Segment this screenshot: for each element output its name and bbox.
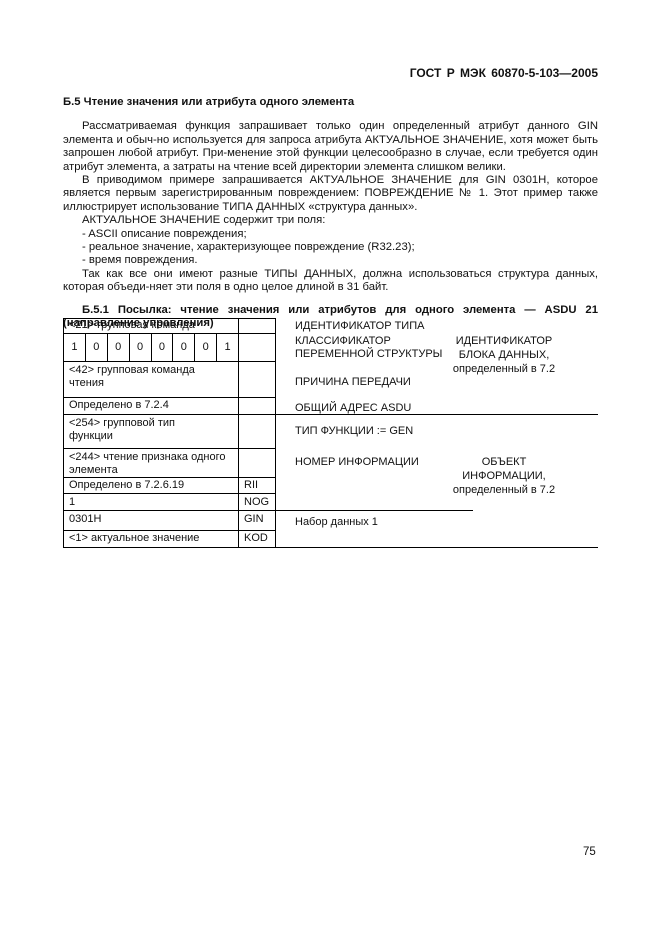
cell-kod-code: KOD [244, 532, 278, 545]
cell-type-identification: <21> групповая команда [69, 319, 235, 332]
cell-cause-of-transmission: Определено в 7.2.4 [69, 399, 235, 412]
cell-nog-code: NOG [244, 496, 278, 509]
table-row-separator [63, 493, 276, 494]
cell-function-type: <254> групповой тип функции [69, 417, 235, 443]
cell-rii-code: RII [244, 479, 278, 492]
bit-cell: 0 [86, 334, 108, 361]
running-header-doc-code: ГОСТ Р МЭК 60870-5-103—2005 [410, 66, 598, 80]
table-row-separator [63, 361, 276, 362]
annotation-function-type: ТИП ФУНКЦИИ := GEN [295, 425, 413, 438]
label-information-object: ОБЪЕКТ ИНФОРМАЦИИ, определенный в 7.2 [418, 456, 590, 498]
annotation-common-address: ОБЩИЙ АДРЕС ASDU [295, 402, 411, 415]
label-data-unit-identifier: ИДЕНТИФИКАТОР БЛОКА ДАННЫХ, определенный… [418, 335, 590, 377]
cell-gin-value: 0301H [69, 513, 235, 526]
table-row-separator [63, 530, 276, 531]
bit-cell: 0 [173, 334, 195, 361]
table-border-bottom-full-width [63, 547, 598, 548]
document-page: ГОСТ Р МЭК 60870-5-103—2005 Б.5 Чтение з… [0, 0, 661, 936]
table-row-separator [63, 397, 276, 398]
section-heading-b5: Б.5 Чтение значения или атрибута одного … [63, 96, 598, 109]
list-item: - ASCII описание повреждения; [63, 228, 598, 241]
cell-information-number: <244> чтение признака одного элемента [69, 451, 235, 477]
bit-cell: 0 [152, 334, 174, 361]
bit-cell: 1 [217, 334, 238, 361]
table-border-column-divider [238, 318, 239, 548]
cell-vsq: <42> групповая команда чтения [69, 364, 235, 390]
cell-rii-value: Определено в 7.2.6.19 [69, 479, 235, 492]
asdu-21-message-diagram: <21> групповая команда 1 0 0 0 0 0 0 1 <… [63, 318, 598, 550]
dataset-section-separator [63, 510, 473, 511]
bit-cell: 0 [195, 334, 217, 361]
table-row-separator [63, 448, 276, 449]
paragraph: Рассматриваемая функция запрашивает толь… [63, 120, 598, 174]
paragraph: Так как все они имеют разные ТИПЫ ДАННЫХ… [63, 268, 598, 295]
table-row-separator [63, 477, 276, 478]
bit-field-row: 1 0 0 0 0 0 0 1 [64, 334, 238, 361]
paragraph: В приводимом примере запрашивается АКТУА… [63, 174, 598, 214]
paragraph-intro-line: АКТУАЛЬНОЕ ЗНАЧЕНИЕ содержит три поля: [63, 214, 598, 227]
annotation-information-number: НОМЕР ИНФОРМАЦИИ [295, 456, 419, 469]
bit-cell: 0 [108, 334, 130, 361]
bit-cell: 0 [130, 334, 152, 361]
annotation-type-identification: ИДЕНТИФИКАТОР ТИПА [295, 320, 424, 333]
cell-nog-value: 1 [69, 496, 235, 509]
page-number: 75 [583, 846, 596, 858]
bit-cell: 1 [64, 334, 86, 361]
list-item: - реальное значение, характеризующее пов… [63, 241, 598, 254]
annotation-cause-of-transmission: ПРИЧИНА ПЕРЕДАЧИ [295, 376, 411, 389]
list-item: - время повреждения. [63, 254, 598, 267]
annotation-dataset-1: Набор данных 1 [295, 516, 378, 529]
body-text-column: Б.5 Чтение значения или атрибута одного … [63, 96, 598, 331]
cell-gin-code: GIN [244, 513, 278, 526]
cell-kod-value: <1> актуальное значение [69, 532, 235, 545]
